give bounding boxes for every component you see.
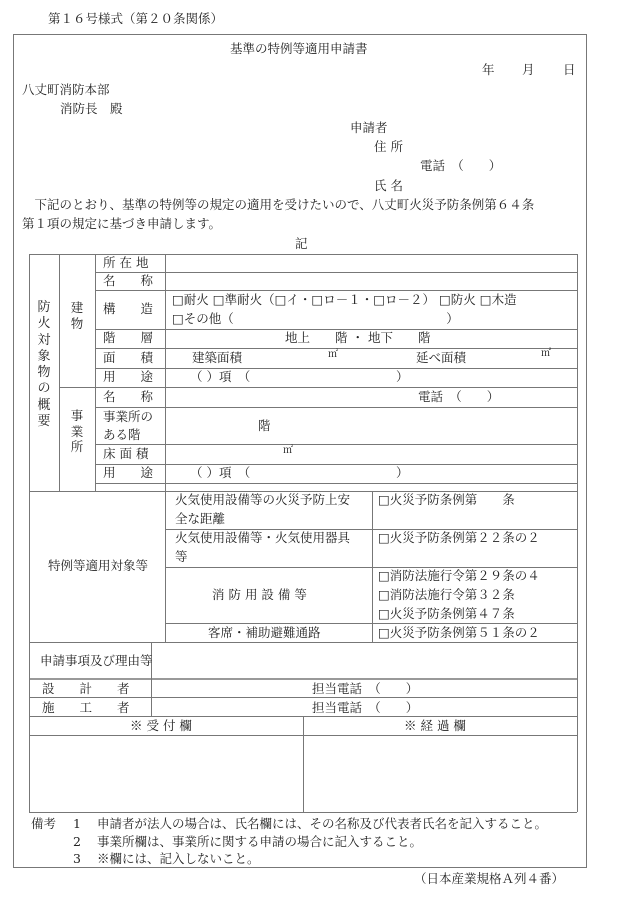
- applicant-label: 申請者: [350, 122, 388, 135]
- row-label-office-floor-line1: 事業所の: [103, 411, 153, 424]
- structure-options-line1[interactable]: □耐火 □準耐火（□イ・□ロ－１・□ロ－２） □防火 □木造: [172, 294, 517, 307]
- date-day: 日: [563, 64, 576, 77]
- builder-field[interactable]: [152, 698, 312, 715]
- applicant-phone-label: 電話 （ ）: [420, 160, 501, 173]
- area-total-unit: ㎡: [541, 349, 551, 359]
- special-case-option-2[interactable]: □火災予防条例第２２条の２: [378, 532, 540, 545]
- area-building-label: 建築面積: [192, 352, 242, 365]
- note-text-1: 申請者が法人の場合は、氏名欄には、その名称及び代表者氏名を記入すること。: [97, 818, 547, 831]
- row-label-structure: 構 造: [103, 303, 153, 316]
- applicant-address-field[interactable]: [405, 138, 580, 156]
- overview-section-label: 防火対象物の概要: [37, 300, 51, 430]
- designer-phone[interactable]: 担当電話 （ ）: [312, 683, 418, 696]
- addressee-org: 八丈町消防本部: [22, 84, 110, 97]
- applicant-address-label: 住 所: [374, 141, 403, 154]
- reception-column-header: ※ 受 付 欄: [130, 720, 192, 733]
- building-use-value[interactable]: （ ）項 （: [190, 371, 250, 384]
- designer-field[interactable]: [152, 680, 312, 696]
- row-label-floors: 階 層: [103, 332, 153, 345]
- special-case-option-1[interactable]: □火災予防条例第 条: [378, 494, 515, 507]
- addressee: 消防長 殿: [60, 103, 123, 116]
- row-label-building-use: 用 途: [103, 371, 153, 384]
- special-case-option-4[interactable]: □火災予防条例第５１条の２: [378, 627, 540, 640]
- intro-text-line1: 下記のとおり、基準の特例等の規定の適用を受けたいので、八丈町火災予防条例第６４条: [22, 199, 534, 212]
- date-month: 月: [522, 64, 535, 77]
- intro-text-line2: 第１項の規定に基づき申請します。: [22, 218, 221, 231]
- notes-label: 備考: [31, 818, 56, 831]
- row-label-office-floor-area: 床 面 積: [103, 448, 148, 461]
- floors-value[interactable]: 地上 階 ・ 地下 階: [285, 332, 430, 345]
- special-case-option-3b[interactable]: □消防法施行令第３２条: [378, 589, 515, 602]
- application-reason-field[interactable]: [152, 643, 576, 677]
- note-num-2: 2: [73, 836, 81, 849]
- building-label: 建物: [70, 300, 84, 331]
- application-reason-label: 申請事項及び理由等: [40, 655, 153, 668]
- special-case-subject-3: 消 防 用 設 備 等: [212, 589, 307, 602]
- structure-options-line2[interactable]: □その他（ ）: [172, 313, 459, 326]
- area-building-unit: ㎡: [328, 350, 338, 360]
- ki-label: 記: [295, 238, 308, 251]
- note-num-1: 1: [73, 818, 81, 831]
- special-case-subject-2-line1: 火気使用設備等・火気使用器具: [175, 532, 350, 545]
- applicant-name-field[interactable]: [405, 177, 580, 195]
- note-text-2: 事業所欄は、事業所に関する申請の場合に記入すること。: [97, 836, 422, 849]
- row-label-office-floor-line2: ある階: [103, 429, 141, 442]
- form-number: 第１６号様式（第２０条関係）: [48, 13, 223, 26]
- location-field[interactable]: [166, 255, 576, 272]
- applicant-name-label: 氏 名: [374, 180, 403, 193]
- building-use-close: ）: [396, 371, 409, 384]
- designer-label: 設 計 者: [42, 683, 130, 696]
- area-total-label: 延べ面積: [416, 352, 466, 365]
- building-name-field[interactable]: [166, 273, 576, 290]
- row-label-building-name: 名 称: [103, 275, 153, 288]
- row-label-location: 所 在 地: [103, 257, 148, 270]
- special-case-subject-1-line2: 全な距離: [175, 513, 225, 526]
- special-case-subject-4: 客席・補助避難通路: [208, 627, 321, 640]
- office-floor-area-unit: ㎡: [283, 446, 293, 456]
- note-num-3: 3: [73, 853, 81, 866]
- row-label-office-use: 用 途: [103, 467, 153, 480]
- special-case-subject-2-line2: 等: [175, 551, 188, 564]
- note-text-3: ※欄には、記入しないこと。: [97, 853, 260, 866]
- builder-label: 施 工 者: [42, 702, 130, 715]
- row-label-area: 面 積: [103, 352, 153, 365]
- special-cases-label: 特例等適用対象等: [48, 560, 148, 573]
- special-case-option-3a[interactable]: □消防法施行令第２９条の４: [378, 570, 540, 583]
- form-title: 基準の特例等適用申請書: [230, 43, 368, 56]
- special-case-subject-1-line1: 火気使用設備等の火災予防上安: [175, 494, 350, 507]
- special-case-option-3c[interactable]: □火災予防条例第４７条: [378, 608, 515, 621]
- date-year: 年: [482, 64, 495, 77]
- paper-size-note: （日本産業規格Ａ列４番）: [414, 873, 564, 886]
- office-floor-value[interactable]: 階: [258, 420, 271, 433]
- office-label: 事業所: [70, 408, 84, 455]
- progress-column-header: ※ 経 過 欄: [404, 720, 466, 733]
- row-label-office-name: 名 称: [103, 391, 153, 404]
- office-phone[interactable]: 電話 （ ）: [418, 391, 499, 404]
- office-use-close: ）: [396, 467, 409, 480]
- builder-phone[interactable]: 担当電話 （ ）: [312, 702, 418, 715]
- office-use-value[interactable]: （ ）項 （: [190, 467, 250, 480]
